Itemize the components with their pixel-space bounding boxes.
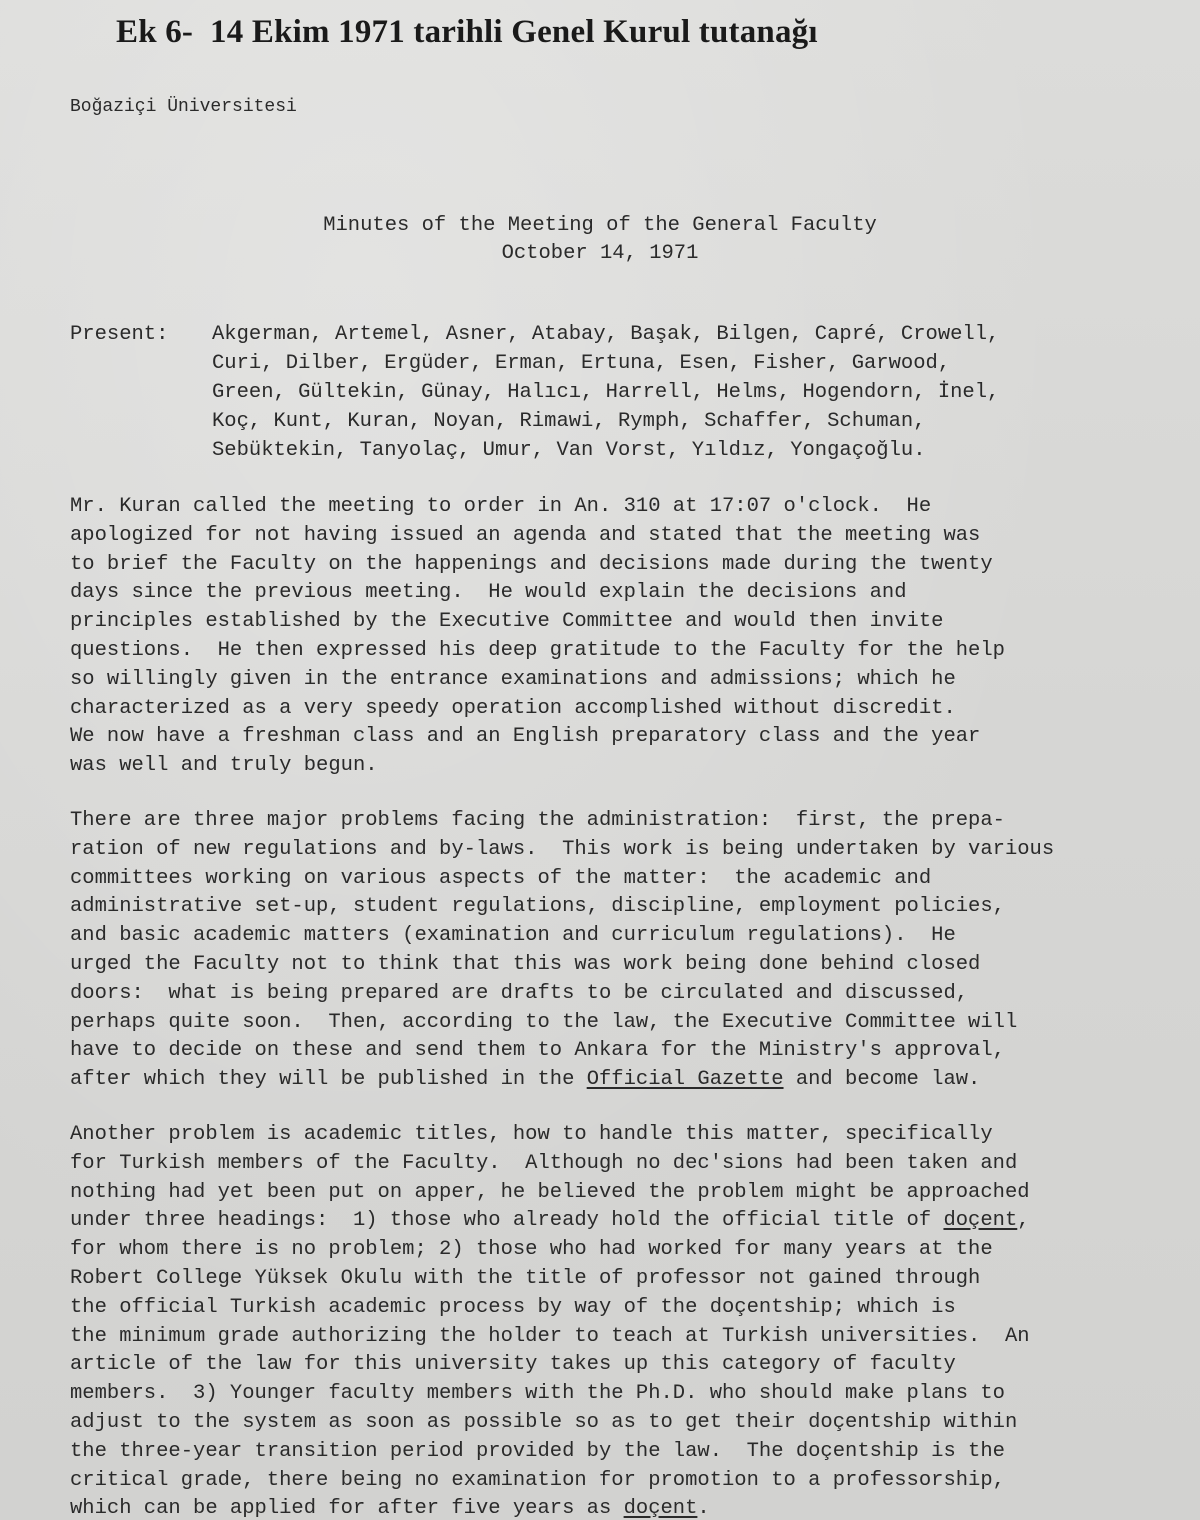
text-fragment: , [1017,1209,1029,1232]
text-line: Mr. Kuran called the meeting to order in… [70,493,1005,522]
names-line: Green, Gültekin, Günay, Halıcı, Harrell,… [212,378,999,407]
names-line: Koç, Kunt, Kuran, Noyan, Rimawi, Rymph, … [212,407,999,436]
minutes-title: Minutes of the Meeting of the General Fa… [0,212,1200,240]
official-gazette-underlined: Official Gazette [587,1068,784,1091]
text-fragment: which can be applied for after five year… [70,1497,624,1520]
text-line: to brief the Faculty on the happenings a… [70,551,1005,580]
text-line: for Turkish members of the Faculty. Alth… [70,1150,1030,1179]
text-line: was well and truly begun. [70,752,1005,781]
text-line: principles established by the Executive … [70,608,1005,637]
present-names: Akgerman, Artemel, Asner, Atabay, Başak,… [212,320,999,465]
docent-underlined: doçent [624,1497,698,1520]
text-line: critical grade, there being no examinati… [70,1467,1030,1496]
text-line: questions. He then expressed his deep gr… [70,637,1005,666]
paragraph-regulations: There are three major problems facing th… [70,807,1054,1095]
docent-underlined: doçent [943,1209,1017,1232]
text-line: Robert College Yüksek Okulu with the tit… [70,1265,1030,1294]
text-line: article of the law for this university t… [70,1351,1030,1380]
minutes-heading: Minutes of the Meeting of the General Fa… [0,212,1200,268]
text-line: so willingly given in the entrance exami… [70,666,1005,695]
document-title: Ek 6- 14 Ekim 1971 tarihli Genel Kurul t… [116,14,818,51]
text-line: have to decide on these and send them to… [70,1037,1054,1066]
text-line: the minimum grade authorizing the holder… [70,1323,1030,1352]
text-line: There are three major problems facing th… [70,807,1054,836]
text-fragment: after which they will be published in th… [70,1068,587,1091]
text-line: adjust to the system as soon as possible… [70,1409,1030,1438]
names-line: Curi, Dilber, Ergüder, Erman, Ertuna, Es… [212,349,999,378]
text-line: after which they will be published in th… [70,1066,1054,1095]
text-line: urged the Faculty not to think that this… [70,951,1054,980]
present-label: Present: [70,320,212,465]
text-line: the official Turkish academic process by… [70,1294,1030,1323]
text-fragment: under three headings: 1) those who alrea… [70,1209,943,1232]
text-line: Another problem is academic titles, how … [70,1121,1030,1150]
names-line: Akgerman, Artemel, Asner, Atabay, Başak,… [212,320,999,349]
text-line: administrative set-up, student regulatio… [70,893,1054,922]
text-line: ration of new regulations and by-laws. T… [70,836,1054,865]
scanned-page: Ek 6- 14 Ekim 1971 tarihli Genel Kurul t… [0,0,1200,1520]
text-line: the three-year transition period provide… [70,1438,1030,1467]
text-line: perhaps quite soon. Then, according to t… [70,1009,1054,1038]
attendance-list: Present: Akgerman, Artemel, Asner, Ataba… [70,320,999,465]
text-line: doors: what is being prepared are drafts… [70,980,1054,1009]
institution-name: Boğaziçi Üniversitesi [70,97,297,117]
text-line: and basic academic matters (examination … [70,922,1054,951]
text-line: characterized as a very speedy operation… [70,695,1005,724]
text-fragment: . [697,1497,709,1520]
text-line: members. 3) Younger faculty members with… [70,1380,1030,1409]
text-line: which can be applied for after five year… [70,1495,1030,1520]
text-line: nothing had yet been put on apper, he be… [70,1179,1030,1208]
text-fragment: and become law. [784,1068,981,1091]
text-line: under three headings: 1) those who alrea… [70,1207,1030,1236]
text-line: We now have a freshman class and an Engl… [70,723,1005,752]
text-line: for whom there is no problem; 2) those w… [70,1236,1030,1265]
paragraph-academic-titles: Another problem is academic titles, how … [70,1121,1030,1520]
text-line: committees working on various aspects of… [70,865,1054,894]
minutes-date: October 14, 1971 [0,240,1200,268]
names-line: Sebüktekin, Tanyolaç, Umur, Van Vorst, Y… [212,436,999,465]
paragraph-opening: Mr. Kuran called the meeting to order in… [70,493,1005,781]
text-line: days since the previous meeting. He woul… [70,579,1005,608]
text-line: apologized for not having issued an agen… [70,522,1005,551]
